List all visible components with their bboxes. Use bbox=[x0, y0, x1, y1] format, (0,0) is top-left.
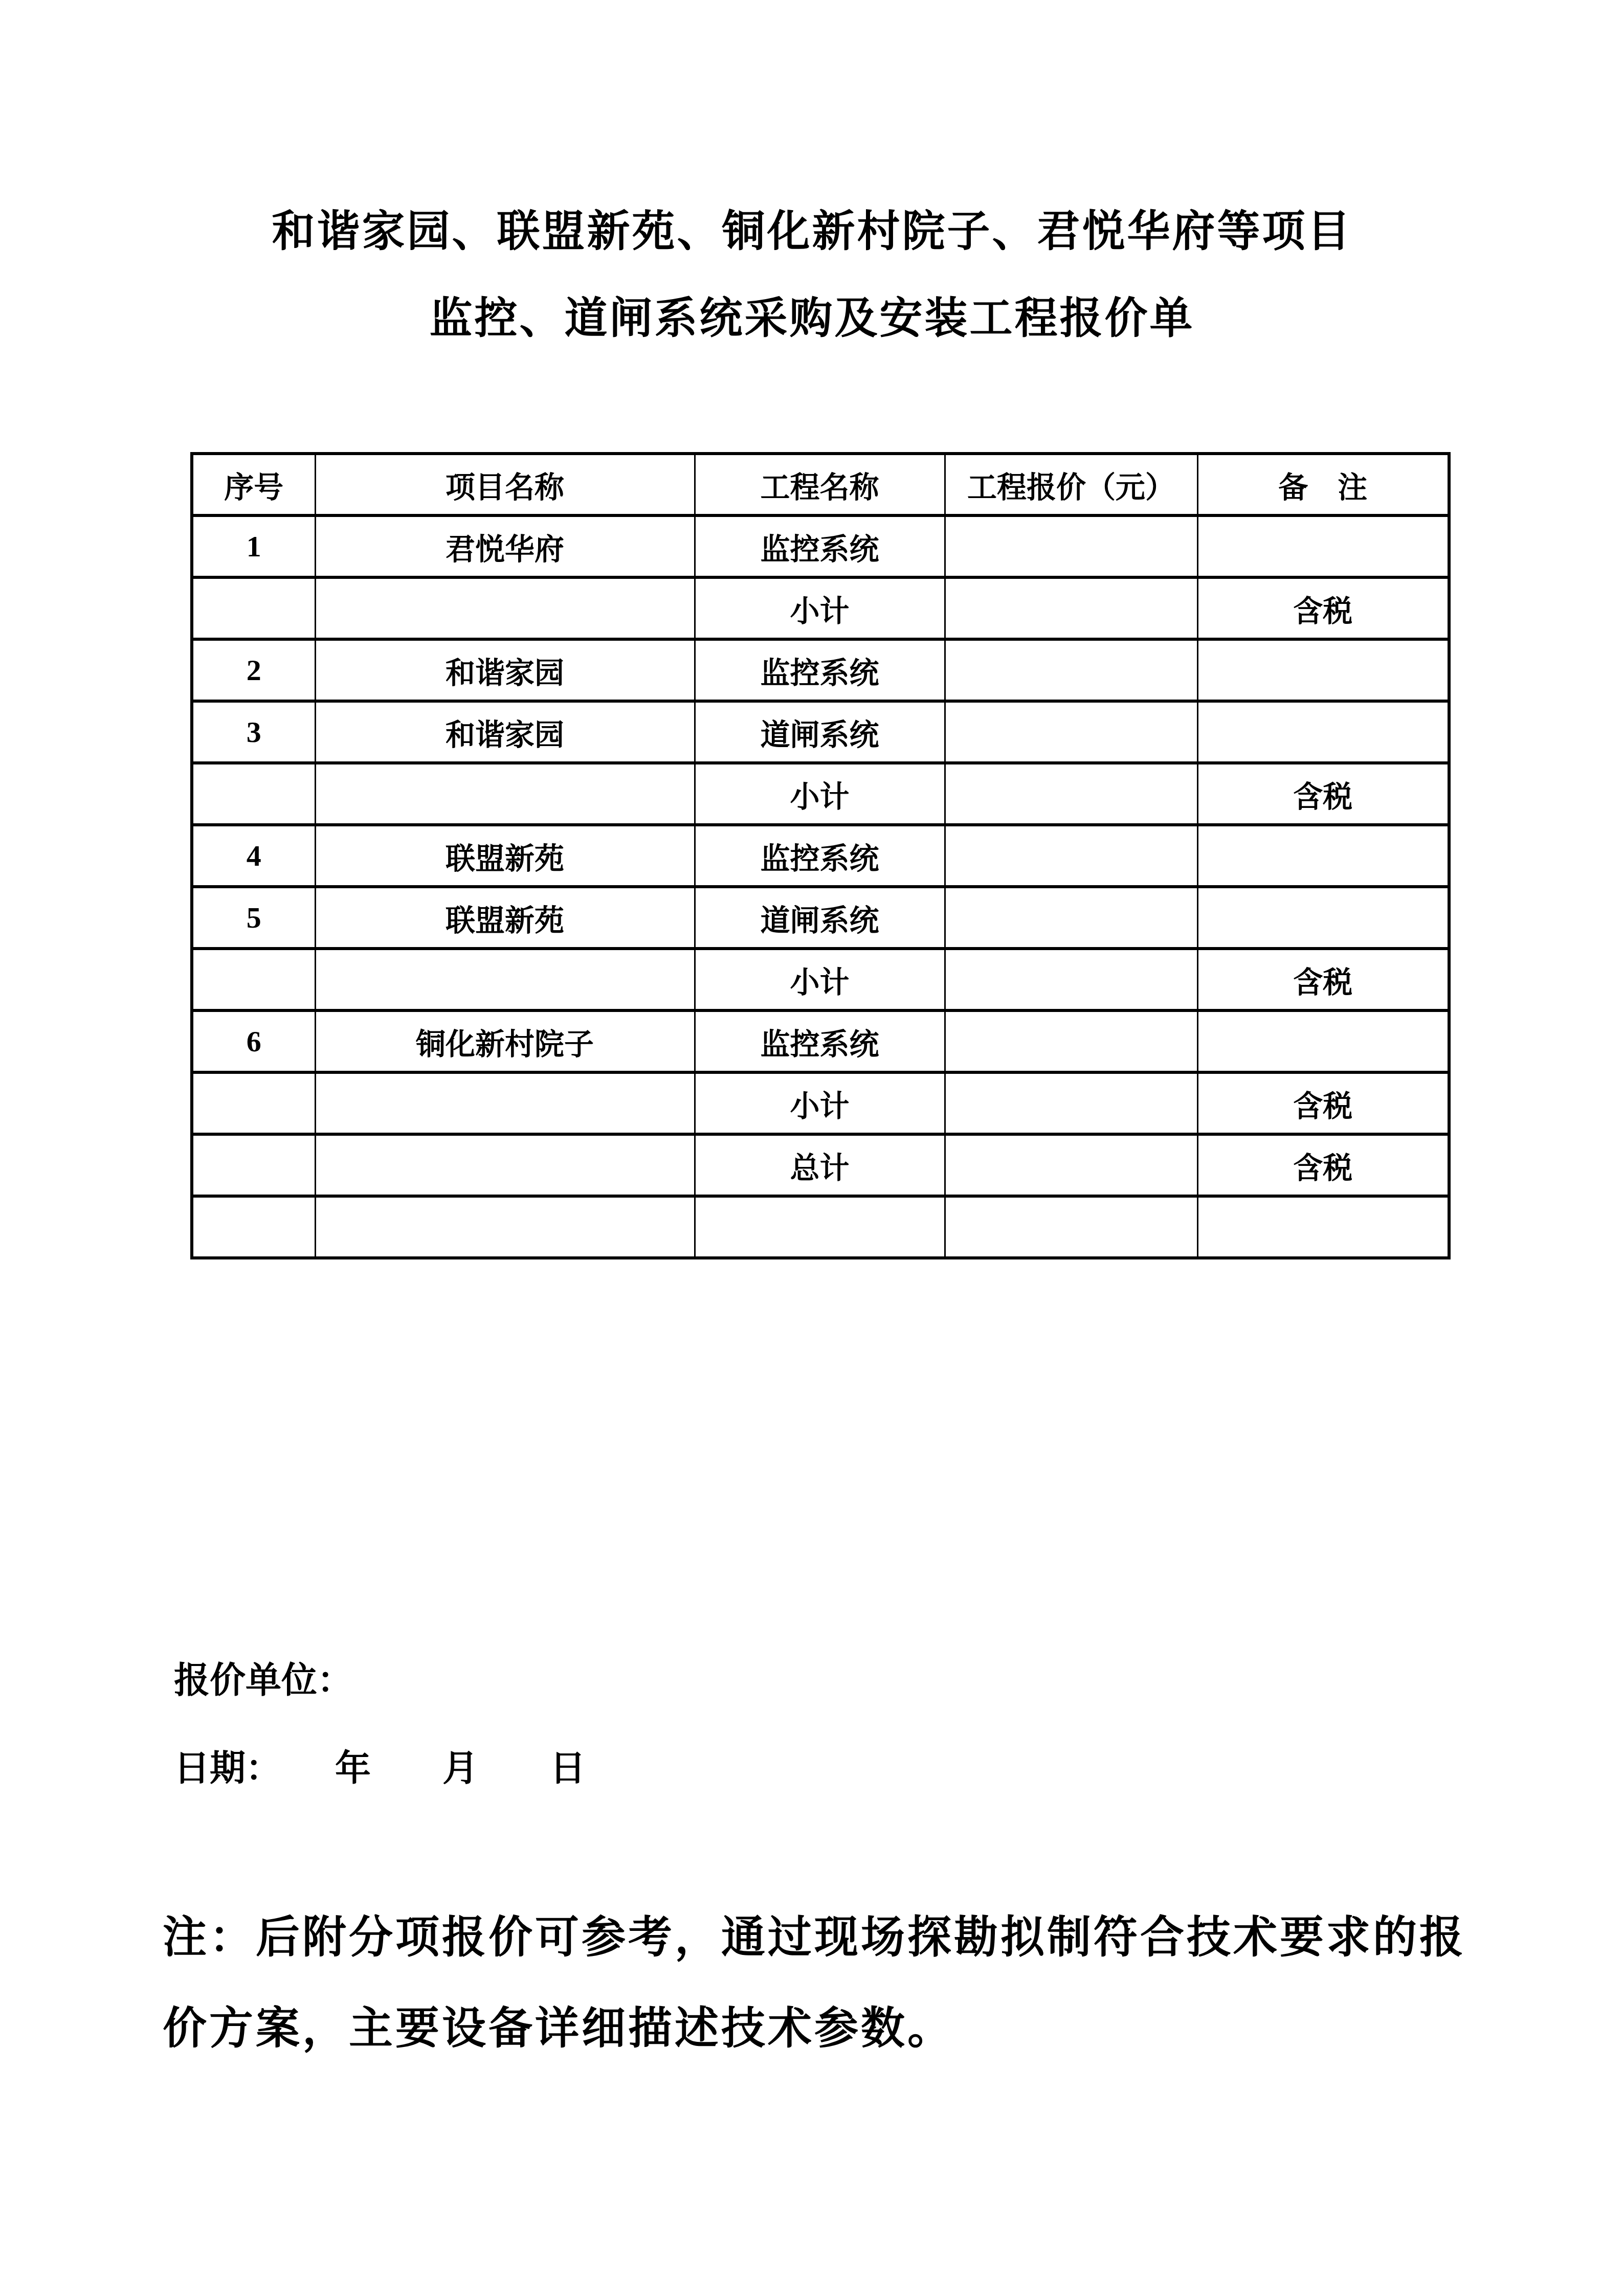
table-cell bbox=[945, 577, 1197, 639]
table-cell: 3 bbox=[192, 701, 315, 763]
table-cell: 小计 bbox=[695, 577, 945, 639]
table-cell: 含税 bbox=[1197, 1072, 1449, 1134]
table-cell: 含税 bbox=[1197, 949, 1449, 1010]
table-cell bbox=[1197, 825, 1449, 887]
table-row: 3和谐家园道闸系统 bbox=[192, 701, 1449, 763]
table-cell: 6 bbox=[192, 1010, 315, 1072]
quotation-table: 序号 项目名称 工程名称 工程报价（元） 备 注 1君悦华府监控系统小计含税2和… bbox=[190, 452, 1451, 1259]
table-cell: 含税 bbox=[1197, 763, 1449, 825]
table-cell bbox=[945, 515, 1197, 577]
table-cell bbox=[945, 887, 1197, 949]
table-cell: 监控系统 bbox=[695, 515, 945, 577]
table-cell bbox=[192, 1134, 315, 1196]
table-cell bbox=[945, 1010, 1197, 1072]
table-cell bbox=[192, 1196, 315, 1258]
table-row: 2和谐家园监控系统 bbox=[192, 639, 1449, 701]
table-cell bbox=[192, 577, 315, 639]
table-cell bbox=[1197, 639, 1449, 701]
table-cell: 小计 bbox=[695, 949, 945, 1010]
table-cell bbox=[315, 1196, 695, 1258]
table-cell bbox=[315, 1134, 695, 1196]
table-cell bbox=[315, 949, 695, 1010]
table-cell: 总计 bbox=[695, 1134, 945, 1196]
table-cell bbox=[1197, 887, 1449, 949]
table-cell: 监控系统 bbox=[695, 639, 945, 701]
table-header-row: 序号 项目名称 工程名称 工程报价（元） 备 注 bbox=[192, 454, 1449, 515]
note-line-2: 价方案，主要设备详细描述技术参数。 bbox=[163, 2007, 954, 2051]
table-cell bbox=[315, 763, 695, 825]
table-cell bbox=[315, 1072, 695, 1134]
table-row bbox=[192, 1196, 1449, 1258]
table-cell: 和谐家园 bbox=[315, 701, 695, 763]
table-row: 6铜化新村院子监控系统 bbox=[192, 1010, 1449, 1072]
table-cell bbox=[1197, 1196, 1449, 1258]
table-cell: 监控系统 bbox=[695, 1010, 945, 1072]
table-cell bbox=[945, 1134, 1197, 1196]
table-row: 小计含税 bbox=[192, 949, 1449, 1010]
table-cell bbox=[945, 1072, 1197, 1134]
header-cell-remarks: 备 注 bbox=[1197, 454, 1449, 515]
table-cell bbox=[1197, 1010, 1449, 1072]
table-row: 5联盟新苑道闸系统 bbox=[192, 887, 1449, 949]
table-cell: 4 bbox=[192, 825, 315, 887]
table-row: 总计含税 bbox=[192, 1134, 1449, 1196]
table-cell: 小计 bbox=[695, 1072, 945, 1134]
table-cell bbox=[315, 577, 695, 639]
table-cell bbox=[1197, 701, 1449, 763]
table-cell: 1 bbox=[192, 515, 315, 577]
table-cell: 小计 bbox=[695, 763, 945, 825]
table-cell: 联盟新苑 bbox=[315, 825, 695, 887]
table-cell: 道闸系统 bbox=[695, 701, 945, 763]
table-cell: 含税 bbox=[1197, 577, 1449, 639]
table-cell bbox=[192, 1072, 315, 1134]
table-cell: 2 bbox=[192, 639, 315, 701]
quote-unit-label: 报价单位： bbox=[174, 1663, 353, 1699]
table-cell: 监控系统 bbox=[695, 825, 945, 887]
table-cell bbox=[192, 949, 315, 1010]
table-cell bbox=[945, 639, 1197, 701]
table-cell: 5 bbox=[192, 887, 315, 949]
table-cell bbox=[945, 825, 1197, 887]
table-cell bbox=[695, 1196, 945, 1258]
table-cell: 铜化新村院子 bbox=[315, 1010, 695, 1072]
table-cell: 含税 bbox=[1197, 1134, 1449, 1196]
note-line-1: 注：后附分项报价可参考，通过现场探勘拟制符合技术要求的报 bbox=[163, 1916, 1466, 1960]
table-cell bbox=[1197, 515, 1449, 577]
table-row: 1君悦华府监控系统 bbox=[192, 515, 1449, 577]
table-cell bbox=[945, 701, 1197, 763]
header-cell-work-name: 工程名称 bbox=[695, 454, 945, 515]
table-row: 4联盟新苑监控系统 bbox=[192, 825, 1449, 887]
title-line-1: 和谐家园、联盟新苑、铜化新村院子、君悦华府等项目 bbox=[0, 211, 1624, 254]
table-cell bbox=[192, 763, 315, 825]
table-row: 小计含税 bbox=[192, 1072, 1449, 1134]
header-cell-quote-price: 工程报价（元） bbox=[945, 454, 1197, 515]
document-title: 和谐家园、联盟新苑、铜化新村院子、君悦华府等项目 监控、道闸系统采购及安装工程报… bbox=[0, 211, 1624, 341]
table-cell bbox=[945, 763, 1197, 825]
table-cell bbox=[945, 949, 1197, 1010]
document-page: 和谐家园、联盟新苑、铜化新村院子、君悦华府等项目 监控、道闸系统采购及安装工程报… bbox=[0, 0, 1624, 2296]
table-cell: 联盟新苑 bbox=[315, 887, 695, 949]
date-line: 日期： 年 月 日 bbox=[174, 1751, 586, 1787]
table-cell: 和谐家园 bbox=[315, 639, 695, 701]
header-cell-project-name: 项目名称 bbox=[315, 454, 695, 515]
table-row: 小计含税 bbox=[192, 763, 1449, 825]
table-cell: 君悦华府 bbox=[315, 515, 695, 577]
header-cell-index: 序号 bbox=[192, 454, 315, 515]
table-cell: 道闸系统 bbox=[695, 887, 945, 949]
table-row: 小计含税 bbox=[192, 577, 1449, 639]
title-line-2: 监控、道闸系统采购及安装工程报价单 bbox=[0, 298, 1624, 341]
table-cell bbox=[945, 1196, 1197, 1258]
